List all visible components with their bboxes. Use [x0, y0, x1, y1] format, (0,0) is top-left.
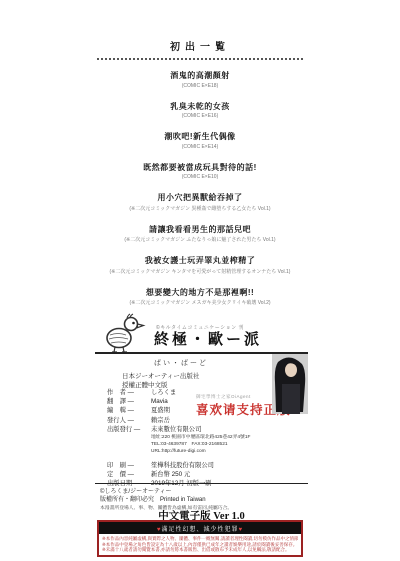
publisher-phone: TEL:03-4639787 FAX:03-2168521 — [151, 441, 307, 448]
list-item: 我被女護士玩弄睪丸並榨精了 (※二次元コミックマガジン キンタマを可愛がって射精… — [95, 255, 305, 275]
publisher-address: 地址:220 桃園市中壢區環北路425巷42弄4號1F — [151, 434, 307, 441]
chapter-source: (※二次元コミックマガジン ふたなりっ娘に魅了された男たち Vol.1) — [95, 236, 305, 243]
list-item: 既然都要被當成玩具對待的話! (COMIC E×E10) — [95, 162, 305, 181]
bird-mascot-illustration — [100, 312, 146, 354]
list-item: 潮吹吧!新生代偶像 (COMIC E×E14) — [95, 131, 305, 150]
chapter-source: (※二次元コミックマガジン キンタマを可愛がって射精管理するオンナたち Vol.… — [95, 268, 305, 275]
credit-label: 翻 譯 ― — [107, 397, 151, 406]
colophon-page: 初出一覧 酒鬼的高潮顏射 (COMIC E×E18) 乳臭未乾的女孩 (COMI… — [0, 0, 400, 561]
first-publication-list: 初出一覧 酒鬼的高潮顏射 (COMIC E×E18) 乳臭未乾的女孩 (COMI… — [95, 38, 305, 331]
notice-line: ※未滿十八歲者請勿閱覽本書,亦請勿將本書販售、出借或散布予未成年人,以免觸法,敬… — [102, 547, 298, 553]
chapter-title: 我被女護士玩弄睪丸並榨精了 — [95, 255, 305, 266]
credit-label: 出版發行 ― — [107, 425, 151, 434]
notice-body: ※本作品內容純屬虛構,與實際之人物、團體、事件一概無關,請讀者理性閱讀,切勿模仿… — [99, 534, 301, 555]
chapter-title: 想要變大的地方不是那裡啊!! — [95, 287, 305, 298]
chapter-source: (COMIC E×E16) — [95, 113, 305, 119]
dotted-divider — [97, 58, 303, 60]
chapter-title: 用小穴把異獸給吞掉了 — [95, 192, 305, 203]
chapter-source: (COMIC E×E14) — [95, 144, 305, 150]
license-line: 日本ジーオーティー出版社 — [122, 372, 199, 381]
rights-line: 版權所有・翻印必究 Printed in Taiwan — [100, 496, 308, 504]
notice-line: ※本作品內容純屬虛構,與實際之人物、團體、事件一概無關,請讀者理性閱讀,切勿模仿… — [102, 536, 298, 542]
chapter-source: (※二次元コミックマガジン メスガキ美少女クリイキ破壊 Vol.2) — [95, 299, 305, 306]
toc-heading: 初出一覧 — [95, 38, 305, 53]
chapter-title: 既然都要被當成玩具對待的話! — [95, 162, 305, 173]
credit-value: 新台幣 250 元 — [151, 470, 190, 479]
credit-value: 賴宗岳 — [151, 416, 170, 425]
chapter-title: 請讓我看看男生的那話兒吧 — [95, 224, 305, 235]
chapter-source: (※二次元コミックマガジン 異種姦で雌堕ちする乙女たち Vol.1) — [95, 205, 305, 212]
list-item: 乳臭未乾的女孩 (COMIC E×E16) — [95, 101, 305, 120]
age-notice-box: ♥滿足性幻想、減少性犯罪♥ ※本作品內容純屬虛構,與實際之人物、團體、事件一概無… — [97, 520, 303, 557]
chapter-title: 酒鬼的高潮顏射 — [95, 70, 305, 81]
chapter-title: 潮吹吧!新生代偶像 — [95, 131, 305, 142]
credit-label: 定 價 ― — [107, 470, 151, 479]
credit-value: しろくま — [151, 388, 176, 397]
credit-label: 印 刷 ― — [107, 461, 151, 470]
heart-icon: ♥ — [239, 527, 244, 533]
publisher-url: URL:http://future-digi.com — [151, 448, 307, 455]
list-item: 用小穴把異獸給吞掉了 (※二次元コミックマガジン 異種姦で雌堕ちする乙女たち V… — [95, 192, 305, 212]
chapter-source: (COMIC E×E10) — [95, 174, 305, 180]
credit-row: 定 價 ― 新台幣 250 元 — [107, 470, 307, 479]
book-title-chinese: 終極・歐ー派 — [154, 328, 262, 349]
credit-label: 發行人 ― — [107, 416, 151, 425]
credit-label: 作 者 ― — [107, 388, 151, 397]
credit-row: 印 刷 ― 笙樺科技股份有限公司 — [107, 461, 307, 470]
book-title-japanese: ぱい・ばーど — [154, 358, 208, 368]
list-item: 請讓我看看男生的那話兒吧 (※二次元コミックマガジン ふたなりっ娘に魅了された男… — [95, 224, 305, 244]
list-item: 酒鬼的高潮顏射 (COMIC E×E18) — [95, 70, 305, 89]
copyright-line: ©しろくま/ジーオーティー — [100, 488, 308, 496]
credit-value: 笙樺科技股份有限公司 — [151, 461, 214, 470]
credit-value: 夏盛期 — [151, 406, 170, 415]
credit-row: 出版發行 ― 未來數位有限公司 — [107, 425, 307, 434]
chapter-source: (COMIC E×E18) — [95, 83, 305, 89]
notice-slogan-text: 滿足性幻想、減少性犯罪 — [161, 527, 238, 533]
credit-label: 編 輯 ― — [107, 406, 151, 415]
credit-value: Mavia — [151, 397, 168, 406]
list-item: 想要變大的地方不是那裡啊!! (※二次元コミックマガジン メスガキ美少女クリイキ… — [95, 287, 305, 307]
footer-divider — [95, 483, 308, 484]
notice-slogan: ♥滿足性幻想、減少性犯罪♥ — [99, 522, 301, 534]
chapter-title: 乳臭未乾的女孩 — [95, 101, 305, 112]
colophon-block: 終極・歐ー派 ぱい・ばーど 日本ジーオーティー出版社 授權正體中文版 作 者 ―… — [0, 312, 400, 561]
character-photo — [272, 354, 308, 414]
credit-value: 未來數位有限公司 — [151, 425, 201, 434]
